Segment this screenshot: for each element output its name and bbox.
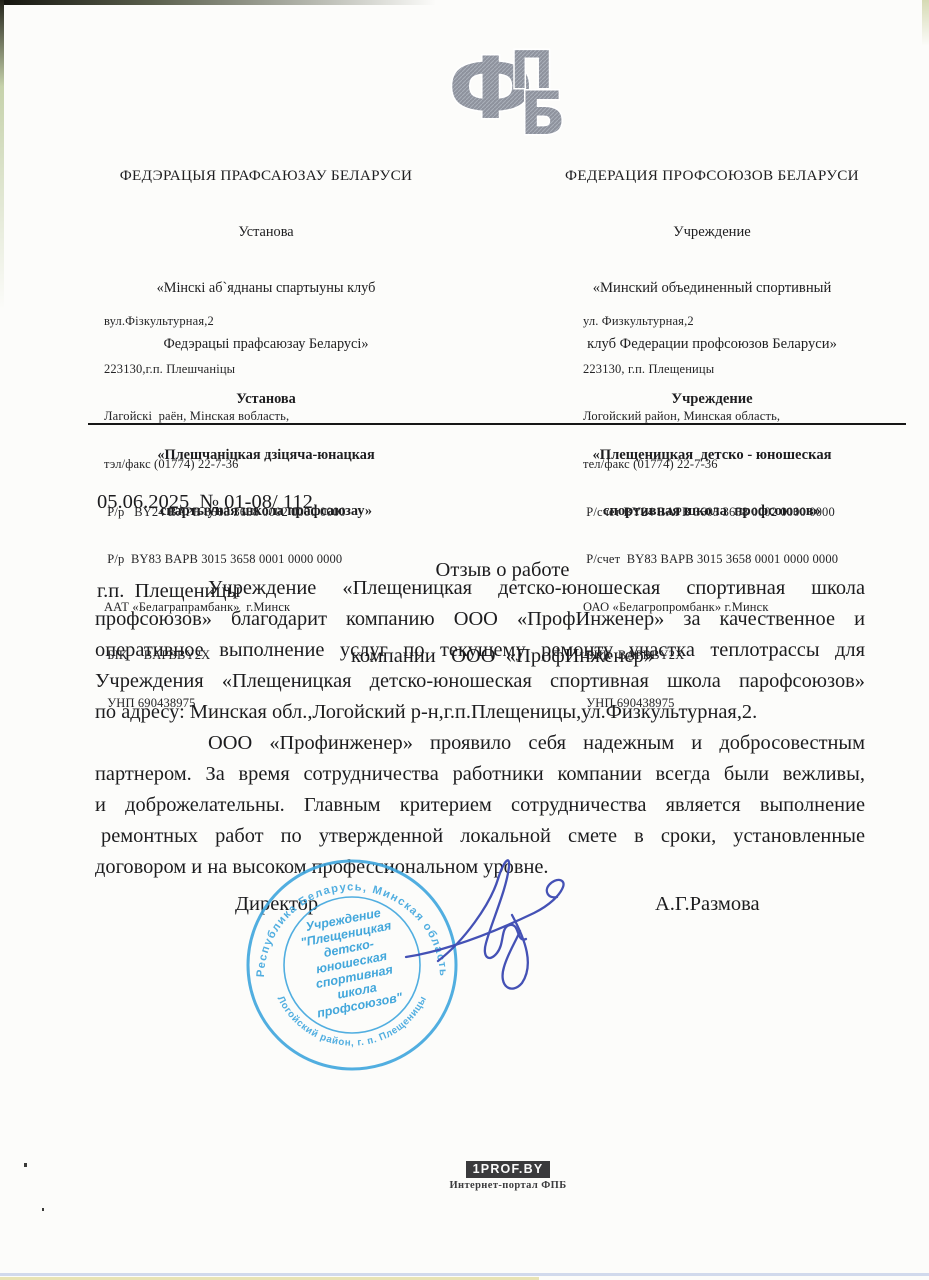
body-line: и доброжелательны. Главным критерием сот… [95, 790, 865, 821]
prof-by-badge: 1PROF.BY [466, 1161, 551, 1178]
scan-speck [24, 1163, 27, 1167]
requisite-line: тел/факс (01774) 22-7-36 [583, 457, 916, 473]
body-line: ООО «Профинженер» проявило себя надежным… [95, 728, 865, 759]
signer-name: А.Г.Размова [655, 893, 760, 916]
scan-speck [42, 1208, 44, 1211]
body-line: Учреждения «Плещеницкая детско-юношеская… [95, 666, 865, 697]
org-name-ru: ФЕДЕРАЦИЯ ПРОФСОЮЗОВ БЕЛАРУСИ [521, 167, 903, 186]
scan-edge-top [0, 0, 436, 5]
body-line: Учреждение «Плещеницкая детско-юношеская… [95, 573, 865, 604]
requisite-line: вул.Фізкультурная,2 [104, 314, 450, 330]
logo-letter-b: Б [520, 79, 566, 136]
body-line: оперативное выполнение услуг по текущему… [95, 635, 865, 666]
body-line: партнером. За время сотрудничества работ… [95, 759, 865, 790]
letter-body: Учреждение «Плещеницкая детско-юношеская… [95, 573, 865, 883]
requisite-line: ул. Физкультурная,2 [583, 314, 916, 330]
fpb-logo-icon: Ф П Б [446, 36, 584, 136]
org-name-be: ФЕДЭРАЦЫЯ ПРАФСАЮЗАУ БЕЛАРУСИ [85, 167, 447, 186]
footer-caption: Интернет-портал ФПБ [88, 1180, 928, 1191]
requisite-line: 223130,г.п. Плешчаніцы [104, 362, 450, 378]
scan-edge-bottom-blue [0, 1273, 929, 1276]
org-line: Установа [85, 223, 447, 242]
scanned-letter-page: Ф П Б ФЕДЭРАЦЫЯ ПРАФСАЮЗАУ БЕЛАРУСИ Уста… [0, 0, 929, 1280]
body-line: профсоюзов» благодарит компанию ООО «Про… [95, 604, 865, 635]
body-line: по адресу: Минская обл.,Логойский р-н,г.… [95, 697, 865, 728]
org-line: Учреждение [521, 223, 903, 242]
handwritten-signature [396, 843, 591, 998]
horizontal-divider [88, 423, 906, 425]
requisite-line: 223130, г.п. Плещеницы [583, 362, 916, 378]
scan-edge-top-right [922, 0, 929, 46]
footer: 1PROF.BY Интернет-портал ФПБ [88, 1160, 928, 1191]
scan-edge-left [0, 0, 4, 310]
